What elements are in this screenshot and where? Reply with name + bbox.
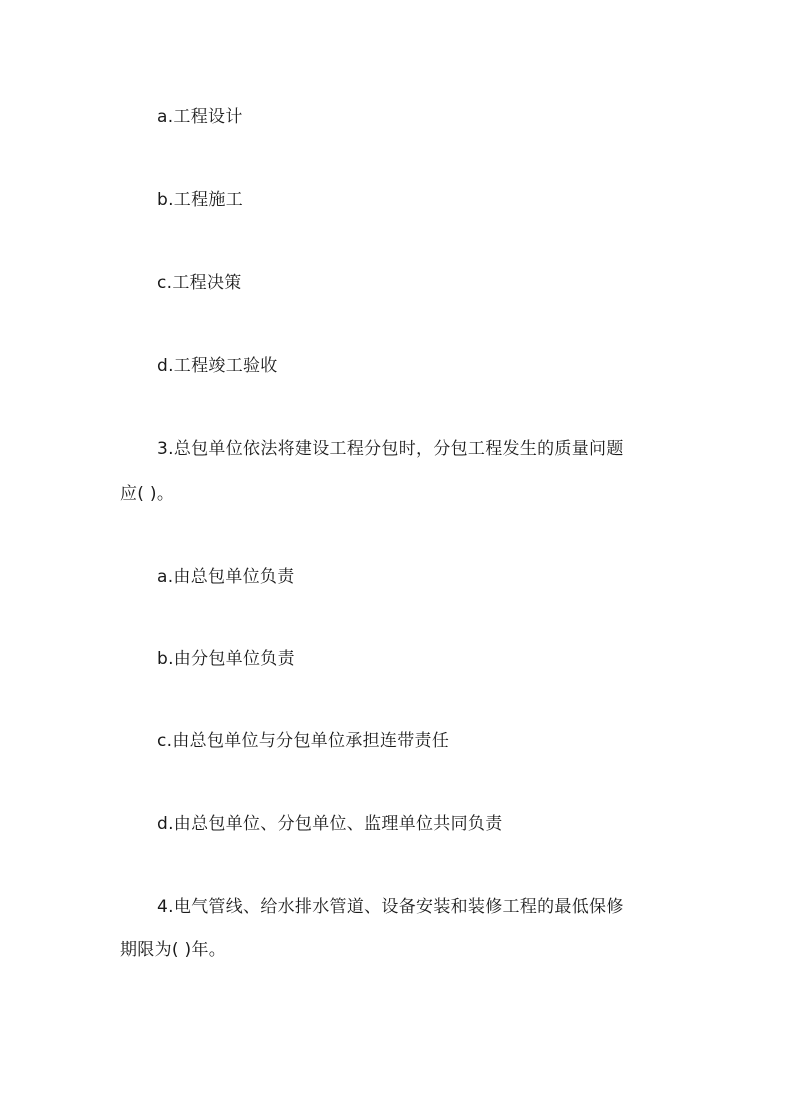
option-b-block1: b.工程施工: [157, 189, 243, 211]
question-3-option-c: c.由总包单位与分包单位承担连带责任: [157, 730, 449, 752]
question-4-line-2: 期限为( )年。: [120, 939, 226, 961]
question-3-line-1: 3.总包单位依法将建设工程分包时，分包工程发生的质量问题: [157, 438, 624, 460]
question-3-option-b: b.由分包单位负责: [157, 648, 295, 670]
question-4-line-1: 4.电气管线、给水排水管道、设备安装和装修工程的最低保修: [157, 896, 624, 918]
question-3-option-d: d.由总包单位、分包单位、监理单位共同负责: [157, 813, 503, 835]
question-3-line-2: 应( )。: [120, 483, 174, 505]
option-d-block1: d.工程竣工验收: [157, 355, 278, 377]
question-3-option-a: a.由总包单位负责: [157, 566, 295, 588]
option-a-block1: a.工程设计: [157, 106, 243, 128]
document-page: a.工程设计 b.工程施工 c.工程决策 d.工程竣工验收 3.总包单位依法将建…: [0, 0, 792, 1120]
option-c-block1: c.工程决策: [157, 272, 242, 294]
